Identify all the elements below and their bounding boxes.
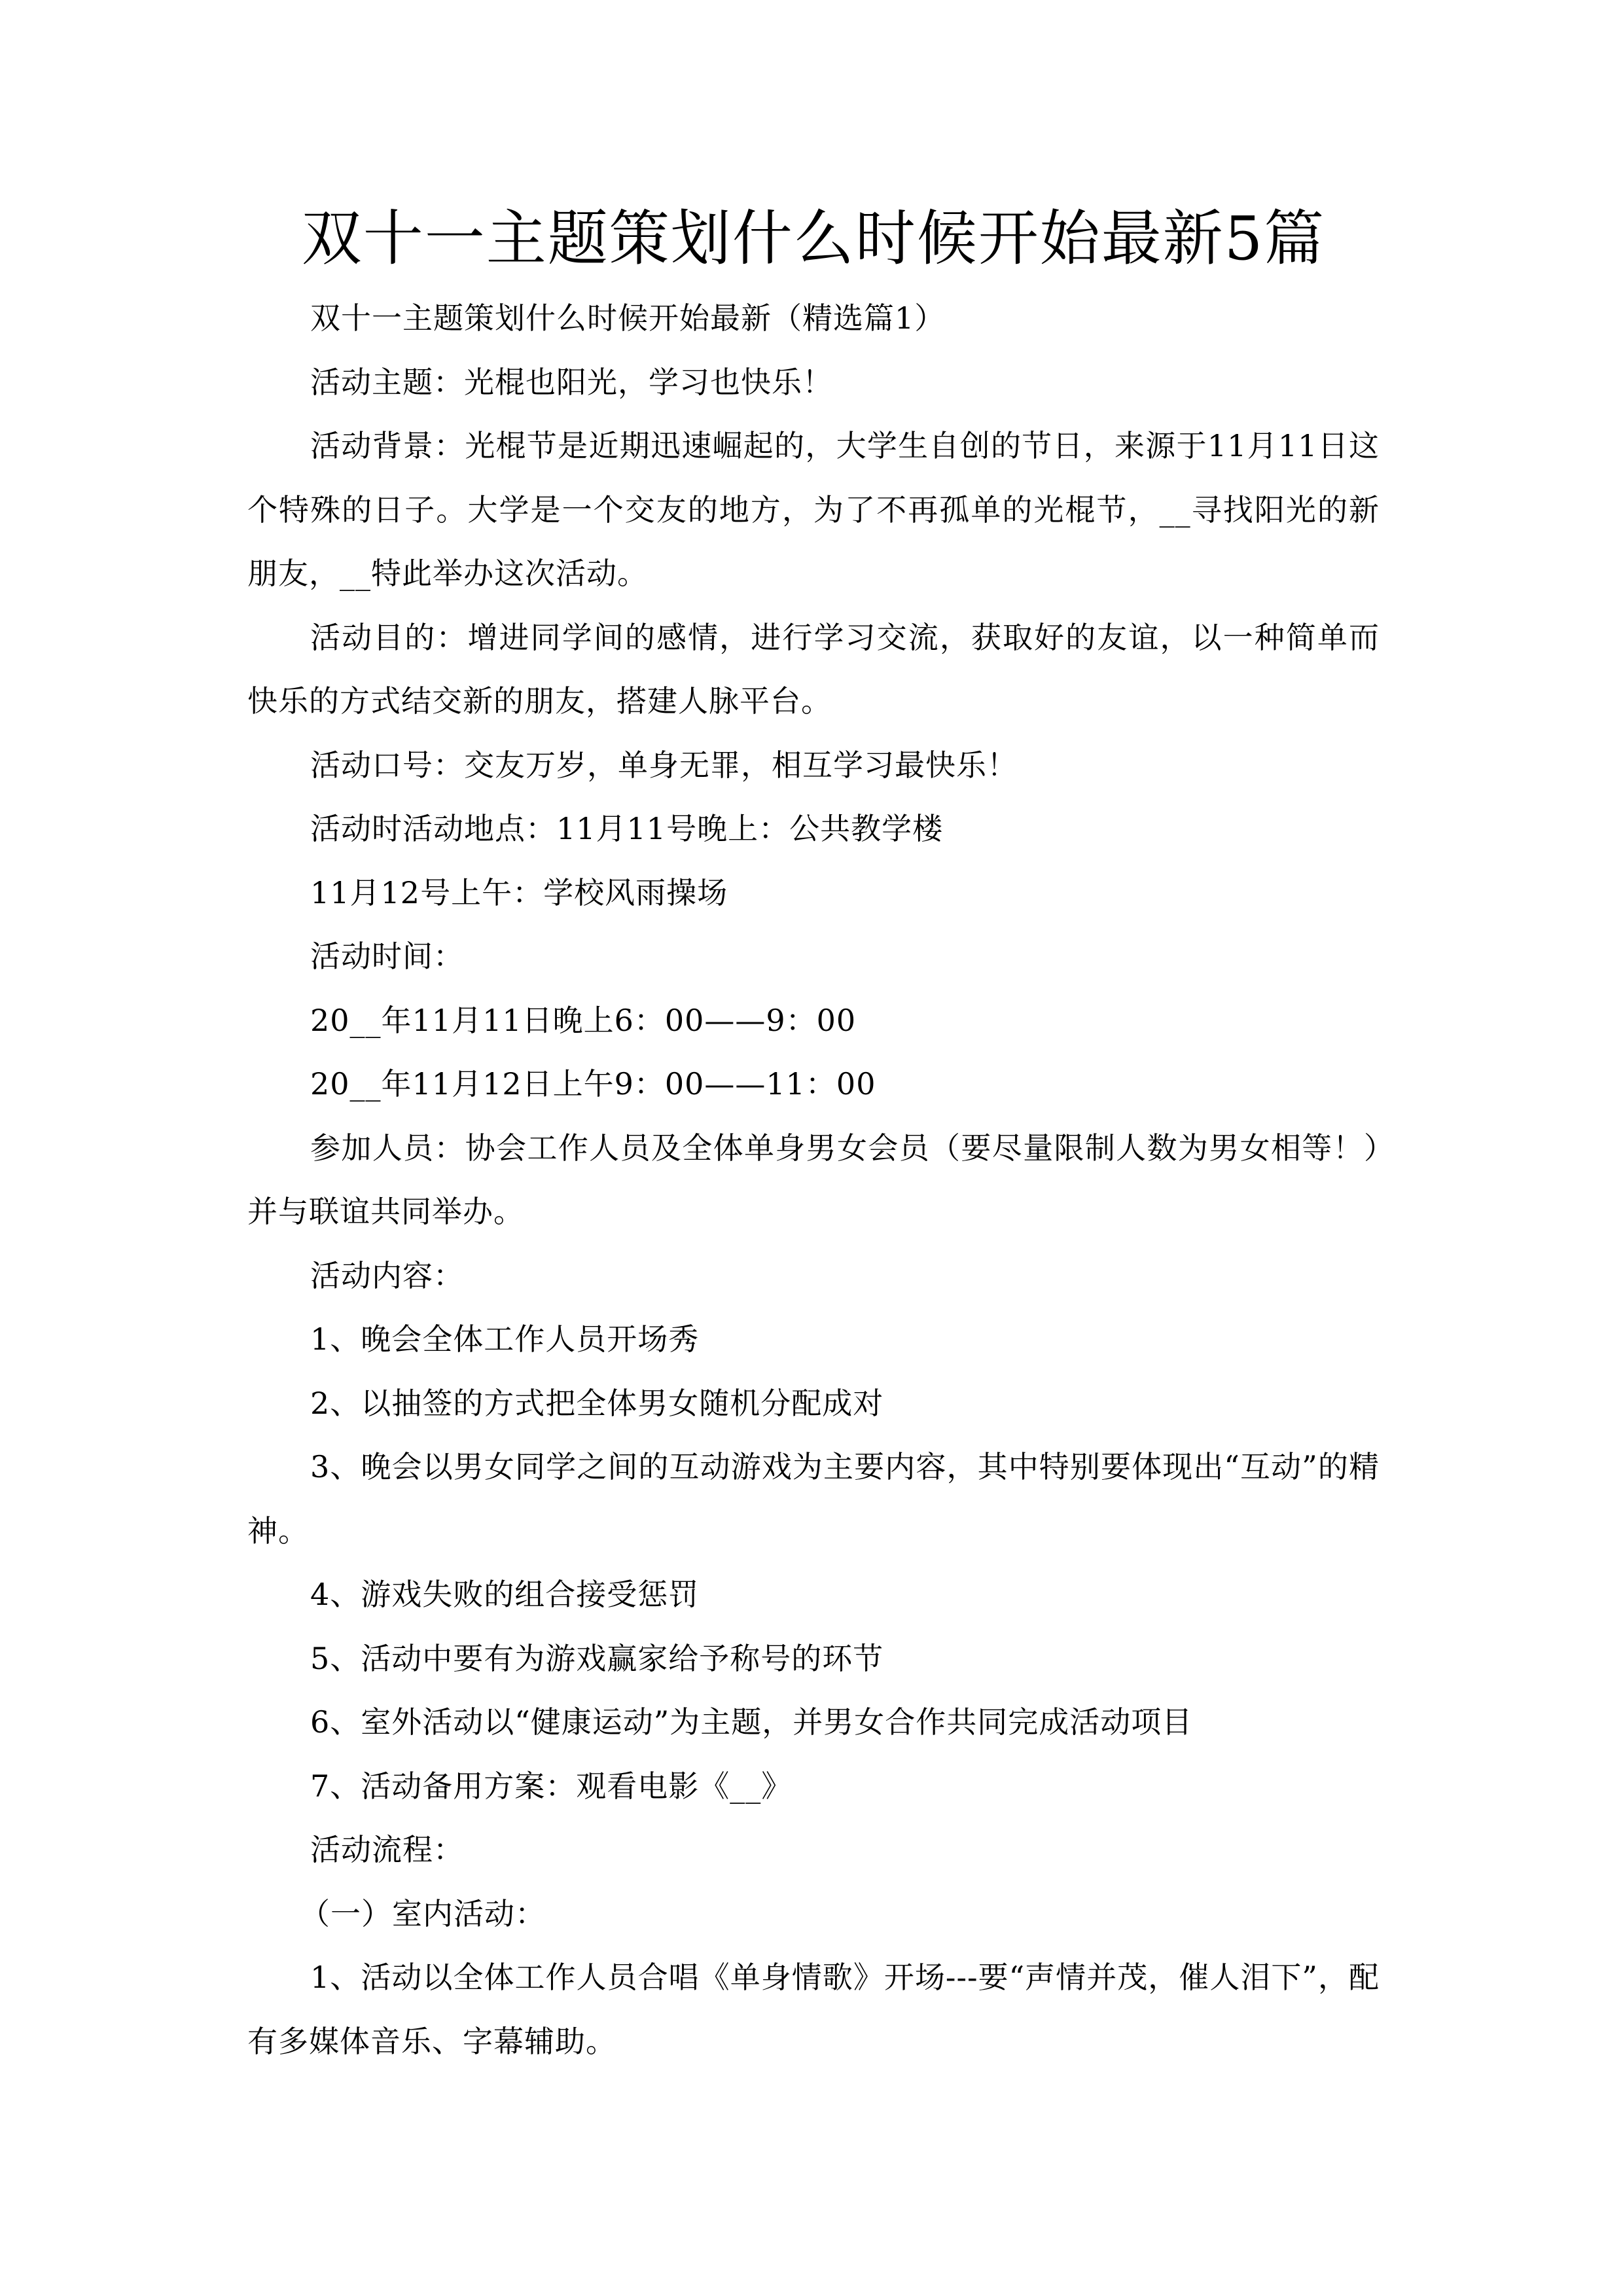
content-item-2: 2、以抽签的方式把全体男女随机分配成对	[247, 1372, 1380, 1436]
activity-slogan: 活动口号：交友万岁，单身无罪，相互学习最快乐！	[247, 734, 1380, 798]
activity-background: 活动背景：光棍节是近期迅速崛起的，大学生自创的节日，来源于11月11日这个特殊的…	[247, 414, 1380, 606]
document-page: 双十一主题策划什么时候开始最新5篇 双十一主题策划什么时候开始最新（精选篇1） …	[247, 196, 1380, 2073]
content-item-6: 6、室外活动以“健康运动”为主题，并男女合作共同完成活动项目	[247, 1691, 1380, 1755]
activity-time-label: 活动时间：	[247, 925, 1380, 989]
document-title: 双十一主题策划什么时候开始最新5篇	[247, 196, 1380, 281]
activity-content-label: 活动内容：	[247, 1244, 1380, 1308]
activity-flow-label: 活动流程：	[247, 1818, 1380, 1882]
flow-item-1: 1、活动以全体工作人员合唱《单身情歌》开场---要“声情并茂，催人泪下”，配有多…	[247, 1946, 1380, 2073]
activity-location-2: 11月12号上午：学校风雨操场	[247, 861, 1380, 925]
content-item-1: 1、晚会全体工作人员开场秀	[247, 1308, 1380, 1372]
content-item-3: 3、晚会以男女同学之间的互动游戏为主要内容，其中特别要体现出“互动”的精神。	[247, 1435, 1380, 1563]
content-item-7: 7、活动备用方案：观看电影《__》	[247, 1755, 1380, 1819]
section-heading: 双十一主题策划什么时候开始最新（精选篇1）	[247, 287, 1380, 351]
activity-theme: 活动主题：光棍也阳光，学习也快乐！	[247, 351, 1380, 415]
activity-time-1: 20__年11月11日晚上6：00——9：00	[247, 989, 1380, 1053]
activity-location: 活动时活动地点：11月11号晚上：公共教学楼	[247, 797, 1380, 861]
activity-time-2: 20__年11月12日上午9：00——11：00	[247, 1052, 1380, 1117]
content-item-5: 5、活动中要有为游戏赢家给予称号的环节	[247, 1627, 1380, 1691]
activity-purpose: 活动目的：增进同学间的感情，进行学习交流，获取好的友谊，以一种简单而快乐的方式结…	[247, 606, 1380, 734]
content-item-4: 4、游戏失败的组合接受惩罚	[247, 1563, 1380, 1627]
participants: 参加人员：协会工作人员及全体单身男女会员（要尽量限制人数为男女相等！）并与联谊共…	[247, 1117, 1380, 1244]
indoor-activity-heading: （一）室内活动：	[247, 1882, 1380, 1946]
